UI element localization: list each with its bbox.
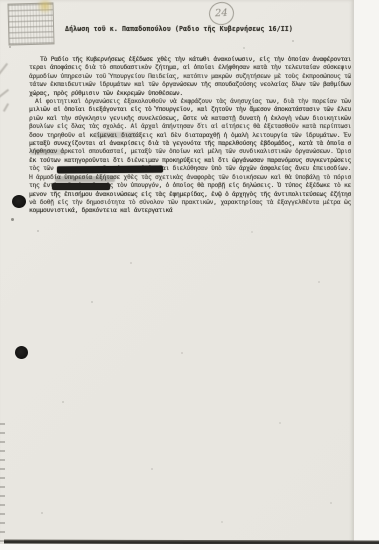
circled-page-number-annotation: 24 bbox=[208, 0, 236, 26]
ink-smudge bbox=[30, 149, 64, 155]
pencil-mark bbox=[0, 89, 9, 102]
text-line: μεταξὺ συνεχίζονται αἱ ἀνακρίσεις διὰ τὰ… bbox=[29, 139, 351, 147]
document-body: Τὸ Ραδίο τῆς Κυβερνήσεως ἐξέδωσε χθὲς τὴ… bbox=[29, 55, 351, 215]
text-line: μιλιῶν αἱ ὁποῖαι διεξάγονται εἰς τὸ Ὑπου… bbox=[29, 105, 351, 113]
text-line: βουλίων εἰς ὅλας τὰς σχολάς. Αἱ ἀρχαὶ ἀπ… bbox=[29, 122, 351, 130]
circled-page-number: 24 bbox=[215, 8, 228, 19]
text-line: τάτων ἐκπαιδευτικῶν ἱδρυμάτων καὶ τῶν ὀρ… bbox=[29, 80, 351, 88]
text-line: τεραι ἀποφάσεις διὰ τὸ σπουδαστικὸν ζήτη… bbox=[29, 63, 351, 71]
scan-background bbox=[0, 544, 379, 550]
text-line: χώρας, πρὸς ρύθμισιν τῶν ἐκκρεμῶν ὑποθέσ… bbox=[29, 89, 351, 97]
document-title: Δήλωση τοῦ κ. Παπαδοπούλου (Ραδιο τῆς Κυ… bbox=[65, 25, 345, 34]
text-line: Τὸ Ραδίο τῆς Κυβερνήσεως ἐξέδωσε χθὲς τὴ… bbox=[29, 55, 351, 63]
text-line: Αἱ φοιτητικαὶ ὀργανώσεις ἐξακολουθοῦν νὰ… bbox=[29, 97, 351, 105]
ink-smudge bbox=[95, 132, 137, 138]
text-line: ἁρμοδίων ὑπηρεσιῶν τοῦ Ὑπουργείου Παιδεί… bbox=[29, 72, 351, 80]
text-line: νὰ δοθῇ εἰς τὴν δημοσιότητα τὸ σύνολον τ… bbox=[29, 198, 351, 206]
ink-smudge bbox=[55, 176, 115, 182]
text-line: ἐκ τούτων κατηγοροῦνται ὅτι διένειμαν πρ… bbox=[29, 156, 351, 164]
redaction-mark bbox=[52, 183, 110, 190]
redaction-mark bbox=[57, 166, 163, 174]
pencil-mark bbox=[3, 103, 9, 112]
text-line: λήφθησαν ἀρκετοὶ σπουδασταί, μεταξὺ τῶν … bbox=[29, 147, 351, 155]
scanned-document-frame: 24 Δήλωση τοῦ κ. Παπαδοπούλου (Ραδιο τῆς… bbox=[0, 0, 379, 550]
text-line: ριῶν καὶ τὴν σύγκλησιν γενικῆς συνελεύσε… bbox=[29, 114, 351, 122]
hole-punch bbox=[12, 195, 26, 208]
text-line: κομμουνιστικά, δρακόντεια καὶ ἀντεργατικ… bbox=[29, 206, 351, 214]
paper-noise-specks bbox=[0, 0, 2, 2]
text-line: ὅσον τηρηθοῦν αἱ κείμεναι διατάξεις καὶ … bbox=[29, 131, 351, 139]
pencil-mark bbox=[0, 63, 8, 75]
paper-page: 24 Δήλωση τοῦ κ. Παπαδοπούλου (Ραδιο τῆς… bbox=[0, 0, 354, 545]
text-line: μενον τῆς ἐπισήμου ἀνακοινώσεως εἰς τὰς … bbox=[29, 190, 351, 198]
scan-edge-artifacts bbox=[0, 420, 5, 542]
ink-dot bbox=[11, 218, 14, 221]
hole-punch bbox=[15, 346, 28, 359]
